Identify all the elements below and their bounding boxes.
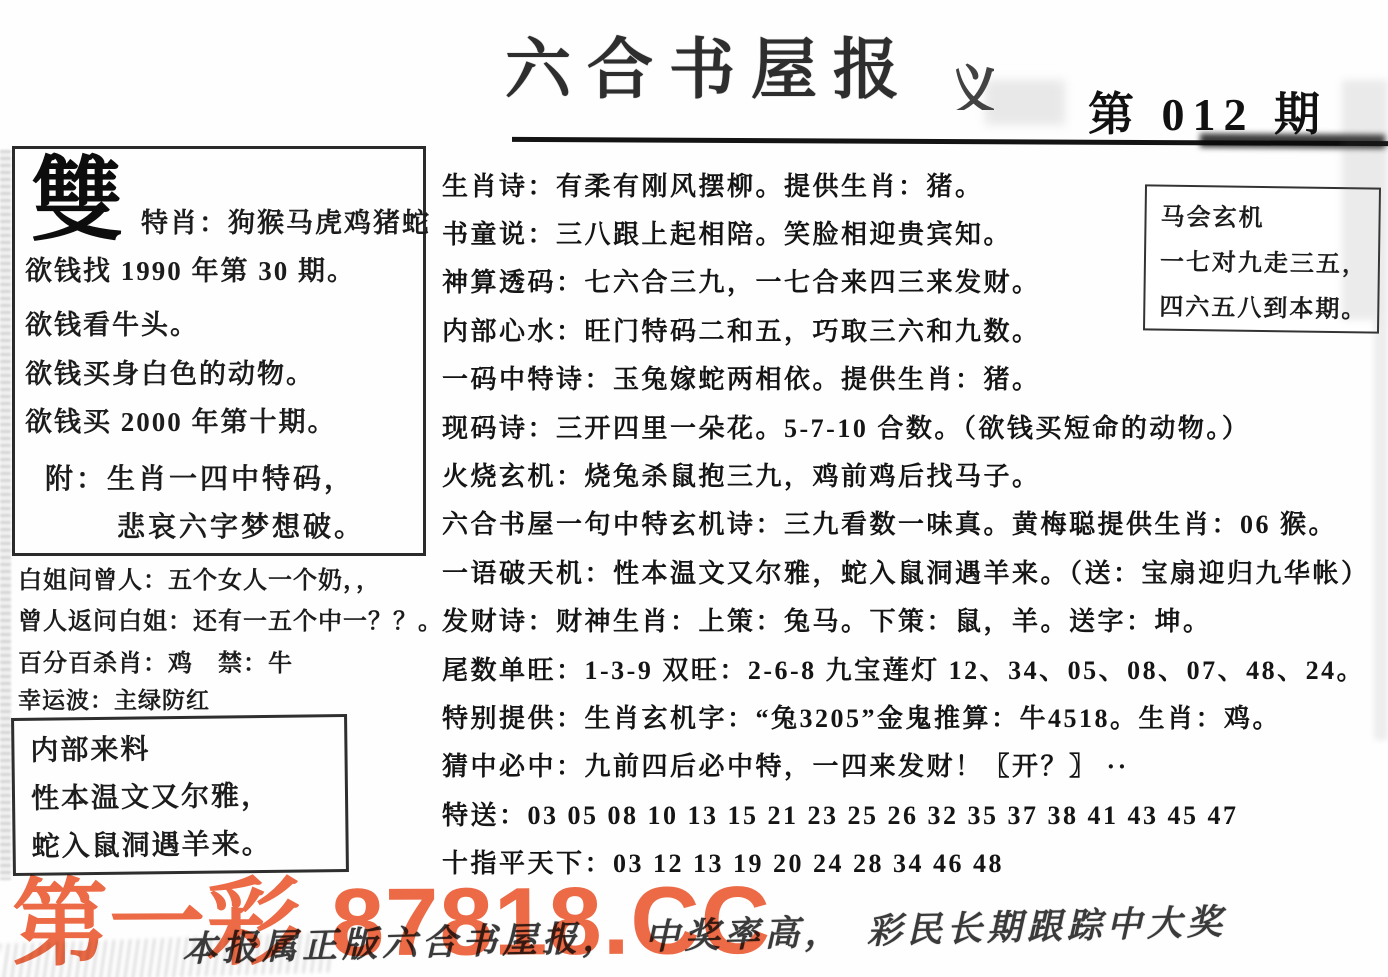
special-zodiac-box: 雙 特肖：狗猴马虎鸡猪蛇 欲钱找 1990 年第 30 期。 欲钱看牛头。 欲钱… [12, 146, 426, 556]
prediction-line: 发财诗：财神生肖：上策：兔马。下策：鼠，羊。送字：坤。 [442, 596, 1362, 644]
lucky-wave-line: 幸运波：主绿防红 [18, 682, 210, 715]
horse-club-line: 四六五八到本期。 [1159, 287, 1367, 325]
prediction-line: 六合书屋一句中特玄机诗：三九看数一味真。黄梅聪提供生肖：06 猴。 [442, 499, 1362, 547]
scanned-lottery-sheet: 六合书屋报 第 012 期 义 雙 特肖：狗猴马虎鸡猪蛇 欲钱找 1990 年第… [0, 0, 1388, 977]
kill-zodiac-line: 百分百杀肖：鸡 禁：牛 [18, 643, 293, 678]
horse-club-line: 一七对九走三五， [1160, 242, 1368, 280]
prediction-line: 尾数单旺：1-3-9 双旺：2-6-8 九宝莲灯 12、34、05、08、07、… [442, 644, 1362, 692]
special-numbers-line: 特送：03 05 08 10 13 15 21 23 25 26 32 35 3… [442, 789, 1362, 837]
scan-artifact-left-edge [0, 150, 11, 880]
internal-info-line: 性本温文又尔雅， [31, 774, 271, 817]
double-character: 雙 [31, 155, 123, 247]
prediction-line: 一语破天机：性本温文又尔雅，蛇入鼠洞遇羊来。（送：宝扇迎归九华帐） [442, 547, 1362, 595]
prediction-line: 猜中必中：九前四后必中特，一四来发财！〖开？〗 ·· [442, 741, 1362, 789]
money-clue-line: 欲钱看牛头。 [25, 303, 199, 342]
prediction-line: 一码中特诗：玉兔嫁蛇两相依。提供生肖：猪。 [442, 354, 1362, 402]
money-clue-line: 欲钱找 1990 年第 30 期。 [25, 249, 356, 288]
prediction-line: 现码诗：三开四里一朵花。5-7-10 合数。（欲钱买短命的动物。） [442, 402, 1362, 450]
money-clue-line: 欲钱买身白色的动物。 [25, 352, 315, 391]
money-clue-line: 欲钱买 2000 年第十期。 [25, 400, 337, 439]
appendix-line: 附：生肖一四中特码， [45, 457, 355, 497]
site-watermark: 第一彩 87818.CC [12, 844, 772, 977]
scan-artifact-right-edge [1342, 80, 1388, 320]
qa-line: 曾人返问白姐：还有一五个中一？？。 [18, 601, 443, 636]
prediction-line: 特别提供：生肖玄机字：“兔3205”金鬼推算：牛4518。生肖：鸡。 [442, 692, 1362, 740]
prediction-line: 火烧玄机：烧兔杀鼠抱三九，鸡前鸡后找马子。 [442, 450, 1362, 498]
scan-artifact-specks [985, 80, 1065, 125]
qa-line: 白姐问曾人：五个女人一个奶，， [18, 560, 381, 595]
internal-info-title: 内部来料 [30, 727, 150, 768]
scan-artifact-right-edge [1374, 320, 1388, 740]
horse-club-title: 马会玄机 [1160, 197, 1264, 233]
appendix-line: 悲哀六字梦想破。 [117, 505, 365, 545]
special-zodiac-label: 特肖：狗猴马虎鸡猪蛇 [141, 201, 431, 240]
